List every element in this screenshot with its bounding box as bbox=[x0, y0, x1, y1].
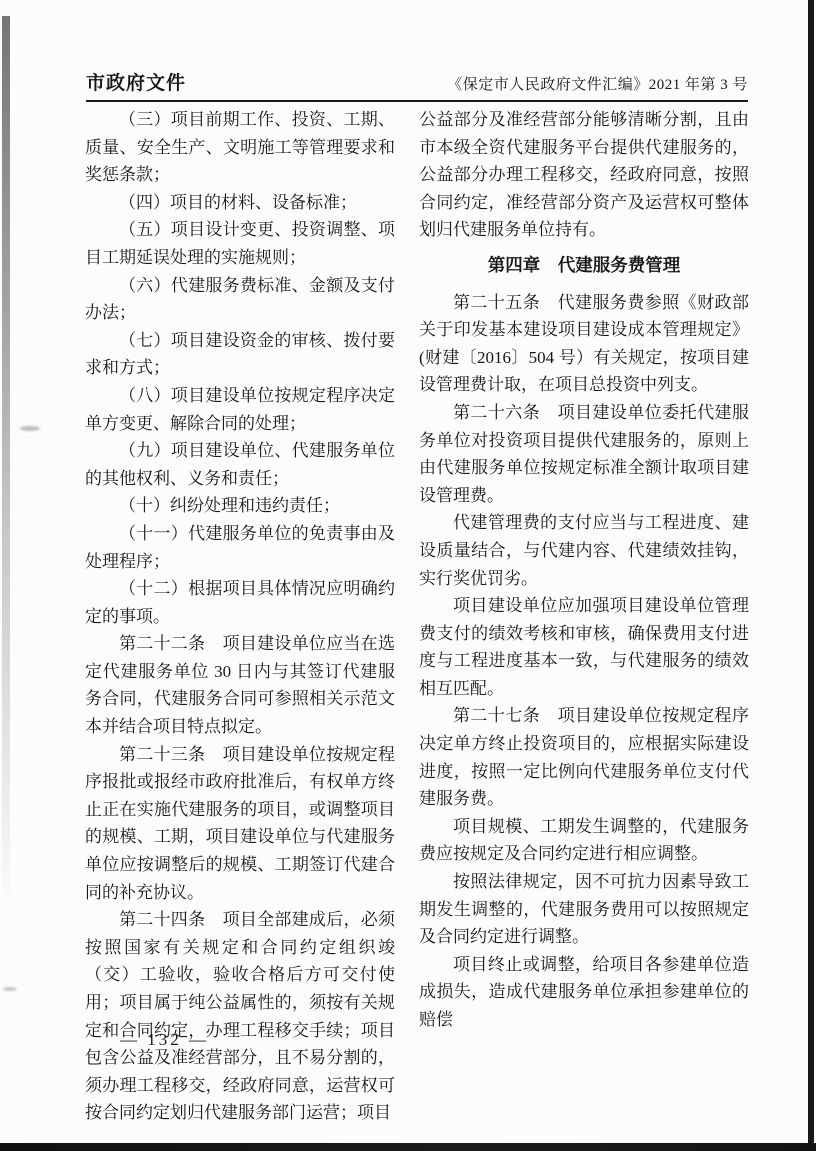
paragraph: 公益部分及准经营部分能够清晰分割，且由市本级全资代建服务平台提供代建服务的，公益… bbox=[419, 106, 749, 244]
paragraph: 按照法律规定，因不可抗力因素导致工期发生调整的，代建服务费用可以按照规定及合同约… bbox=[419, 868, 749, 951]
page-header: 市政府文件 《保定市人民政府文件汇编》2021 年第 3 号 bbox=[86, 68, 748, 95]
paragraph: 项目终止或调整，给项目各参建单位造成损失，造成代建服务单位承担参建单位的赔偿 bbox=[419, 951, 749, 1034]
scan-edge-bottom-shadow bbox=[0, 1143, 816, 1151]
paragraph: （六）代建服务费标准、金额及支付办法； bbox=[85, 272, 395, 327]
paragraph: 第二十三条 项目建设单位按规定程序报批或报经市政府批准后，有权单方终止正在实施代… bbox=[85, 741, 395, 907]
paragraph: 第二十六条 项目建设单位委托代建服务单位对投资项目提供代建服务的，原则上由代建服… bbox=[419, 399, 749, 509]
scan-smudge bbox=[3, 987, 17, 991]
header-document-category: 市政府文件 bbox=[86, 68, 186, 95]
paragraph: （十二）根据项目具体情况应明确约定的事项。 bbox=[85, 575, 395, 630]
page-number: — 132 — bbox=[120, 1030, 209, 1050]
paragraph: 项目规模、工期发生调整的，代建服务费应按规定及合同约定进行相应调整。 bbox=[419, 813, 749, 868]
paragraph: （十）纠纷处理和违约责任； bbox=[85, 492, 395, 520]
column-right: 公益部分及准经营部分能够清晰分割，且由市本级全资代建服务平台提供代建服务的，公益… bbox=[419, 106, 749, 1127]
paragraph: 第二十四条 项目全部建成后，必须按照国家有关规定和合同约定组织竣（交）工验收，验… bbox=[85, 906, 395, 1127]
body-columns: （三）项目前期工作、投资、工期、质量、安全生产、文明施工等管理要求和奖惩条款；（… bbox=[85, 106, 749, 1127]
column-left: （三）项目前期工作、投资、工期、质量、安全生产、文明施工等管理要求和奖惩条款；（… bbox=[85, 106, 395, 1127]
paragraph: 项目建设单位应加强项目建设单位管理费支付的绩效考核和审核，确保费用支付进度与工程… bbox=[419, 592, 749, 702]
paragraph: 第二十五条 代建服务费参照《财政部关于印发基本建设项目建设成本管理规定》(财建〔… bbox=[419, 289, 749, 399]
scan-edge-left-shadow bbox=[2, 16, 10, 911]
scan-edge-right-shadow bbox=[808, 0, 814, 1151]
header-compilation-title: 《保定市人民政府文件汇编》2021 年第 3 号 bbox=[447, 73, 748, 94]
chapter-heading: 第四章 代建服务费管理 bbox=[419, 252, 749, 280]
paragraph: 代建管理费的支付应当与工程进度、建设质量结合，与代建内容、代建绩效挂钩，实行奖优… bbox=[419, 509, 749, 592]
paragraph: （四）项目的材料、设备标准； bbox=[85, 189, 395, 217]
paragraph: （七）项目建设资金的审核、拨付要求和方式； bbox=[85, 327, 395, 382]
paragraph: （三）项目前期工作、投资、工期、质量、安全生产、文明施工等管理要求和奖惩条款； bbox=[85, 106, 395, 189]
paragraph: （十一）代建服务单位的免责事由及处理程序； bbox=[85, 520, 395, 575]
document-page: 市政府文件 《保定市人民政府文件汇编》2021 年第 3 号 （三）项目前期工作… bbox=[0, 0, 816, 1151]
paragraph: 第二十二条 项目建设单位应当在选定代建服务单位 30 日内与其签订代建服务合同，… bbox=[85, 630, 395, 740]
scan-smudge bbox=[20, 426, 40, 431]
paragraph: （五）项目设计变更、投资调整、项目工期延误处理的实施规则； bbox=[85, 216, 395, 271]
header-rule bbox=[86, 100, 748, 102]
paragraph: （九）项目建设单位、代建服务单位的其他权利、义务和责任； bbox=[85, 437, 395, 492]
paragraph: 第二十七条 项目建设单位按规定程序决定单方终止投资项目的，应根据实际建设进度，按… bbox=[419, 702, 749, 812]
paragraph: （八）项目建设单位按规定程序决定单方变更、解除合同的处理； bbox=[85, 382, 395, 437]
